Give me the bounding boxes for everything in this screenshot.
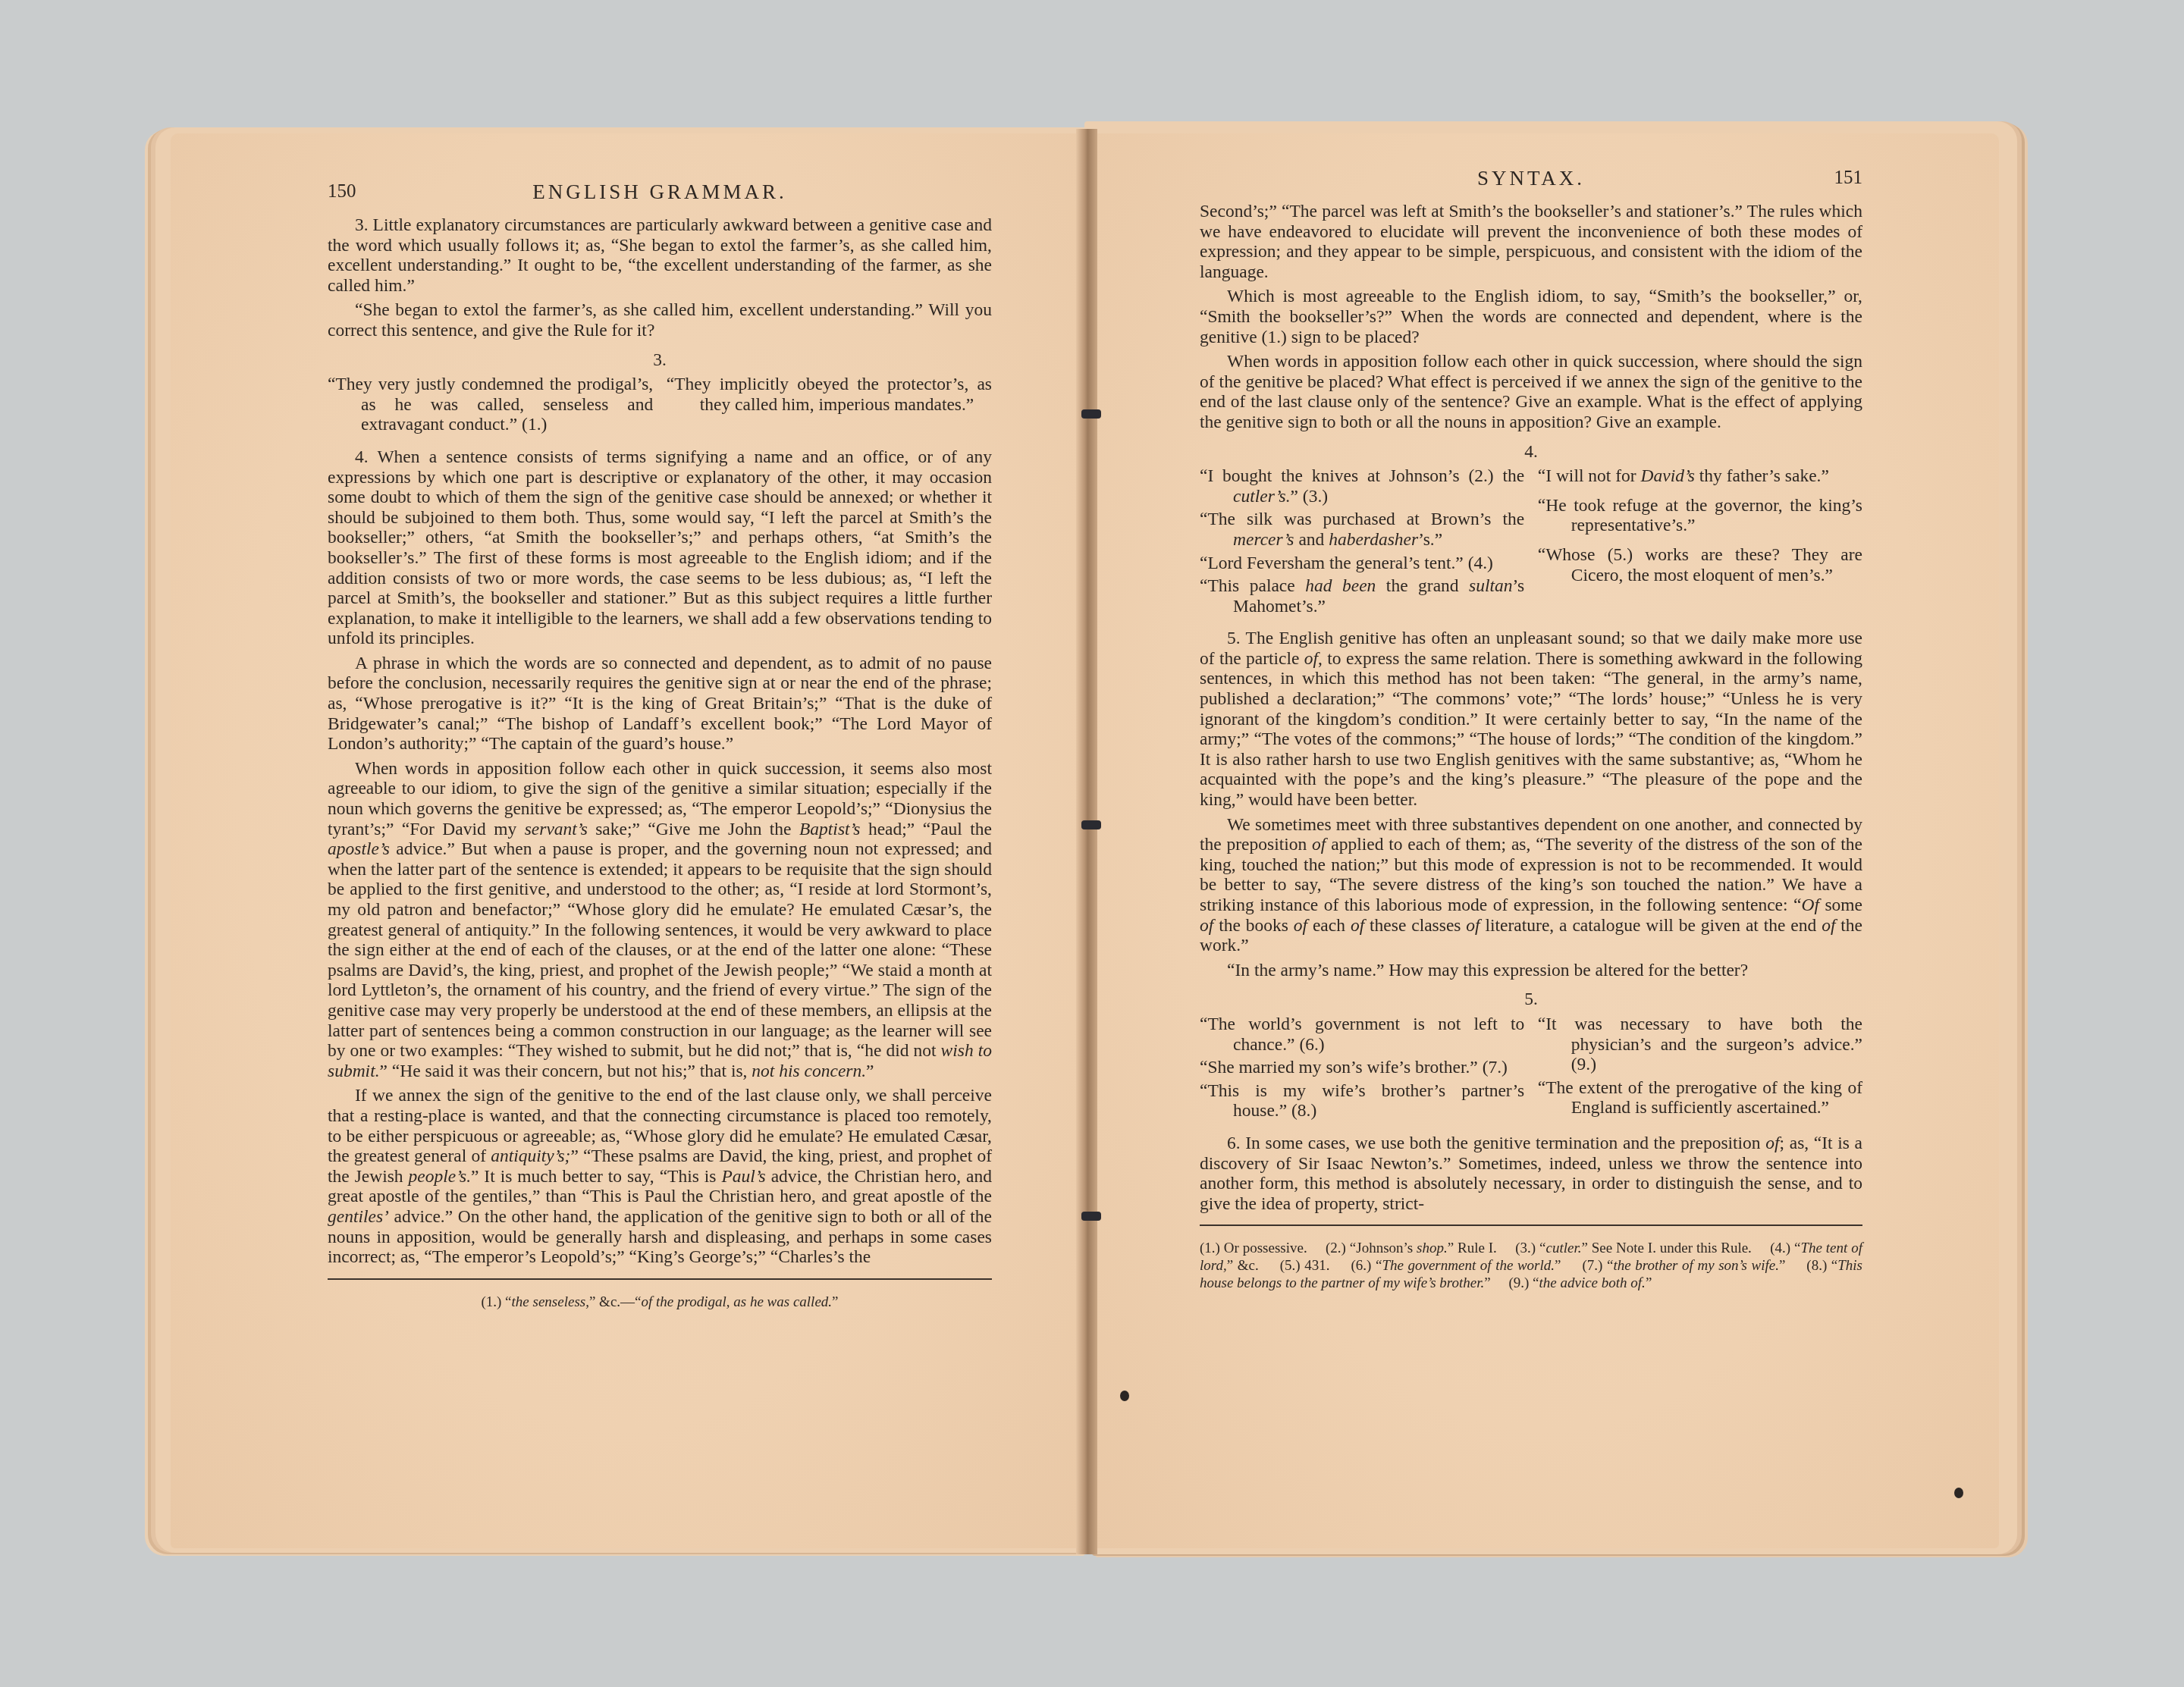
exercise-item: “The world’s government is not left to c… bbox=[1200, 1014, 1524, 1055]
exercise-item: “They implicitly obeyed the protector’s,… bbox=[667, 375, 992, 415]
paragraph: We sometimes meet with three substantive… bbox=[1200, 815, 1862, 956]
question: “In the army’s name.” How may this expre… bbox=[1200, 961, 1862, 981]
exercise-item: “Lord Feversham the general’s tent.” (4.… bbox=[1200, 553, 1524, 574]
exercise-item: “The silk was purchased at Brown’s the m… bbox=[1200, 510, 1524, 550]
footnotes: (1.) Or possessive. (2.) “Johnson’s shop… bbox=[1200, 1240, 1862, 1292]
footnote-divider bbox=[328, 1278, 992, 1280]
exercise-5: “The world’s government is not left to c… bbox=[1200, 1014, 1862, 1124]
paragraph: 4. When a sentence consists of terms sig… bbox=[328, 447, 992, 649]
binding-stitch-icon bbox=[1081, 820, 1101, 829]
exercise-item: “This is my wife’s brother’s partner’s h… bbox=[1200, 1081, 1524, 1121]
exercise-number: 4. bbox=[1200, 442, 1862, 463]
exercise-item: “She married my son’s wife’s brother.” (… bbox=[1200, 1058, 1524, 1078]
exercise-item: “He took refuge at the governor, the kin… bbox=[1538, 496, 1862, 536]
footnote-divider bbox=[1200, 1224, 1862, 1226]
running-head-title: SYNTAX. bbox=[1200, 168, 1862, 189]
paragraph-apposition: When words in apposition follow each oth… bbox=[328, 759, 992, 1082]
paragraph: A phrase in which the words are so conne… bbox=[328, 654, 992, 754]
exercise-item: “I bought the knives at Johnson’s (2.) t… bbox=[1200, 466, 1524, 506]
binding-stitch-icon bbox=[1081, 409, 1101, 419]
book-spine-gutter bbox=[1076, 129, 1097, 1554]
exercise-item: “They very justly condemned the prodigal… bbox=[328, 375, 653, 435]
running-head: SYNTAX. 151 bbox=[1200, 168, 1862, 202]
exercise-item: “This palace had been the grand sultan’s… bbox=[1200, 576, 1524, 616]
paper-hole-mark-icon bbox=[1120, 1391, 1129, 1401]
exercise-item: “Whose (5.) works are these? They are Ci… bbox=[1538, 545, 1862, 585]
paper-hole-mark-icon bbox=[1954, 1488, 1963, 1498]
question: When words in apposition follow each oth… bbox=[1200, 352, 1862, 432]
left-page-text: 150 ENGLISH GRAMMAR. 3. Little explanato… bbox=[328, 182, 992, 1311]
paragraph: 6. In some cases, we use both the geniti… bbox=[1200, 1134, 1862, 1214]
paragraph: Second’s;” “The parcel was left at Smith… bbox=[1200, 202, 1862, 282]
running-head-title: ENGLISH GRAMMAR. bbox=[328, 182, 992, 202]
exercise-item: “The extent of the prerogative of the ki… bbox=[1538, 1078, 1862, 1118]
exercise-item: “It was necessary to have both the physi… bbox=[1538, 1014, 1862, 1075]
footnote: (1.) “the senseless,” &c.—“of the prodig… bbox=[328, 1293, 992, 1311]
question: “She began to extol the farmer’s, as she… bbox=[328, 300, 992, 340]
paragraph-annex: If we annex the sign of the genitive to … bbox=[328, 1086, 992, 1267]
exercise-3: “They very justly condemned the prodigal… bbox=[328, 375, 992, 438]
right-page-text: SYNTAX. 151 Second’s;” “The parcel was l… bbox=[1200, 168, 1862, 1292]
binding-stitch-icon bbox=[1081, 1212, 1101, 1221]
exercise-4: “I bought the knives at Johnson’s (2.) t… bbox=[1200, 466, 1862, 619]
question: Which is most agreeable to the English i… bbox=[1200, 287, 1862, 347]
exercise-number: 3. bbox=[328, 350, 992, 371]
exercise-number: 5. bbox=[1200, 989, 1862, 1010]
paragraph: 5. The English genitive has often an unp… bbox=[1200, 629, 1862, 810]
paragraph: 3. Little explanatory circumstances are … bbox=[328, 215, 992, 296]
running-head: 150 ENGLISH GRAMMAR. bbox=[328, 182, 992, 215]
exercise-item: “I will not for David’s thy father’s sak… bbox=[1538, 466, 1862, 487]
page-number: 151 bbox=[1834, 168, 1863, 189]
